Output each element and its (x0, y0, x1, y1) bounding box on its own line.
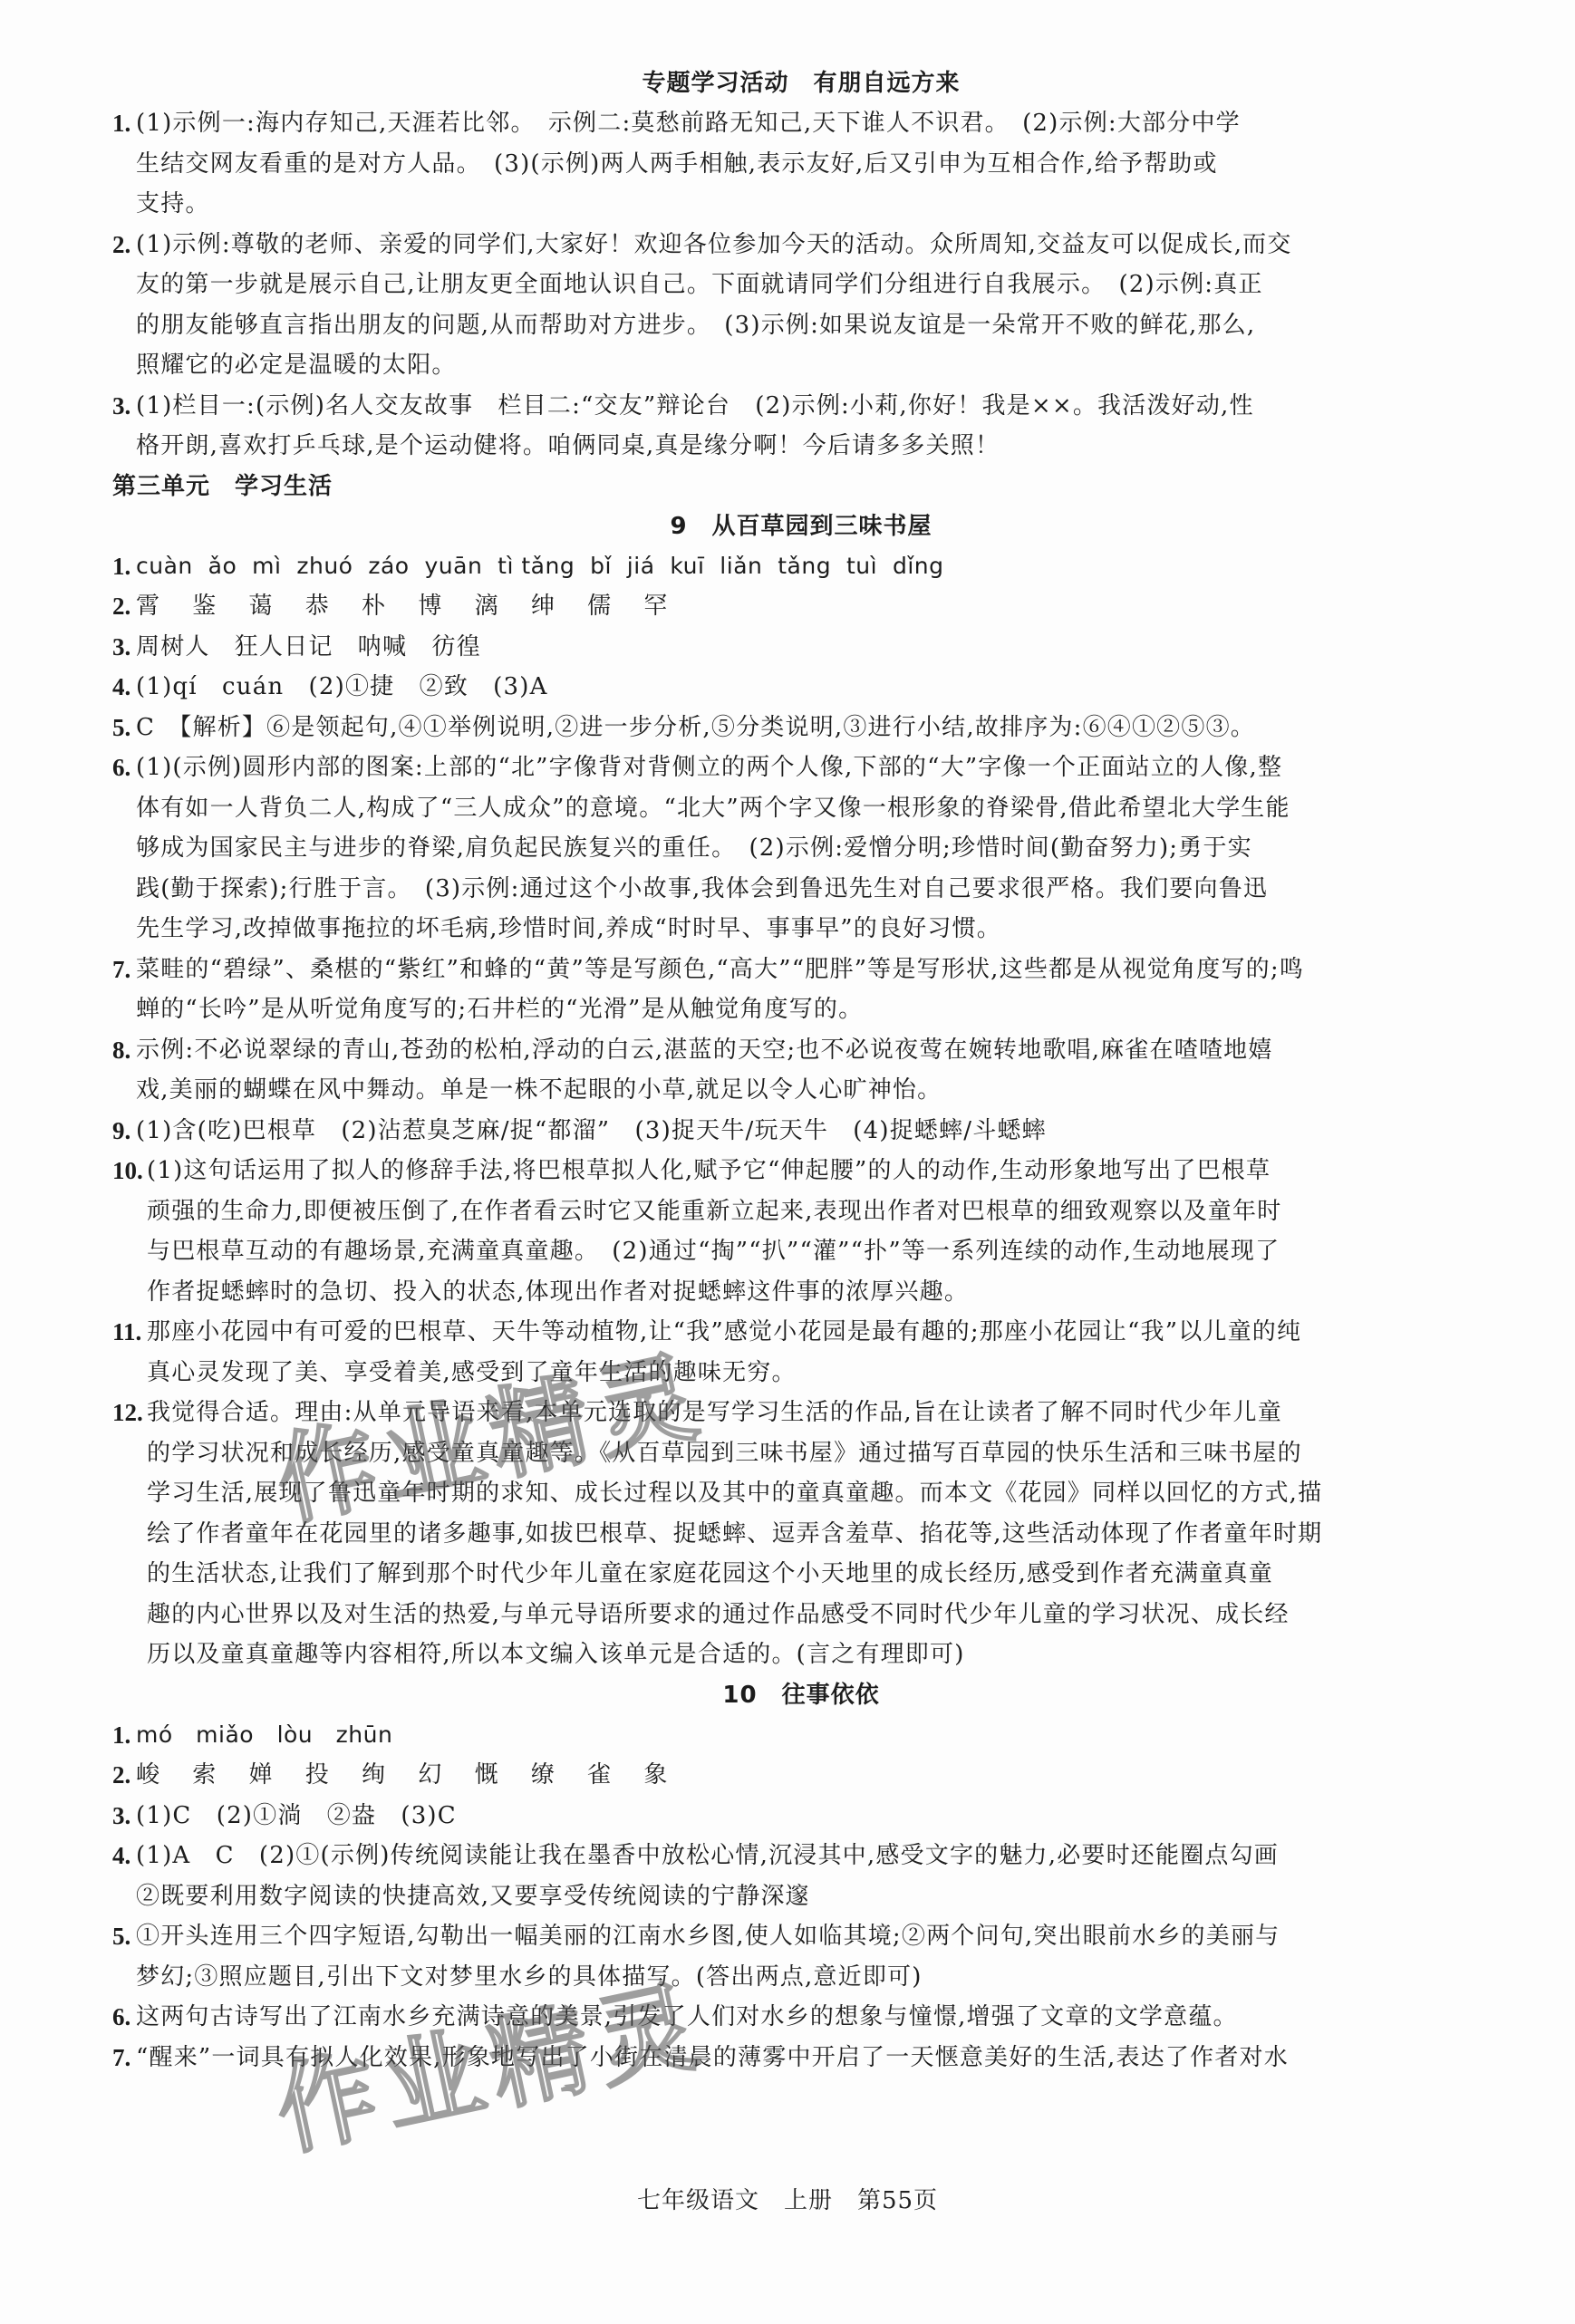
question-number: 6. (112, 1997, 130, 2038)
answer-line: (1)含(吃)巴根草 (2)沾惹臭芝麻/捉“都溜” (3)捉天牛/玩天牛 (4)… (136, 1111, 1490, 1152)
question-number: 3. (112, 386, 130, 427)
answer-line: “醒来”一词具有拟人化效果,形象地写出了小街在清晨的薄雾中开启了一天惬意美好的生… (136, 2038, 1490, 2078)
answer-line: 的朋友能够直言指出朋友的问题,从而帮助对方进步。 (3)示例:如果说友谊是一朵常… (136, 305, 1490, 346)
question-number: 7. (112, 950, 130, 990)
question-number: 2. (112, 586, 130, 627)
answer-line: 与巴根草互动的有趣场景,充满童真童趣。 (2)通过“掏”“扒”“灌”“扑”等一系… (147, 1231, 1490, 1272)
answer-line: ①开头连用三个四字短语,勾勒出一幅美丽的江南水乡图,使人如临其境;②两个问句,突… (136, 1916, 1490, 1957)
answer-line: (1)示例一:海内存知己,天涯若比邻。 示例二:莫愁前路无知己,天下谁人不识君。… (136, 103, 1490, 144)
answer-line: 绘了作者童年在花园里的诸多趣事,如拔巴根草、捉蟋蟀、逗弄含羞草、掐花等,这些活动… (147, 1514, 1490, 1555)
answer-item: 5.①开头连用三个四字短语,勾勒出一幅美丽的江南水乡图,使人如临其境;②两个问句… (112, 1916, 1490, 1997)
answer-line: 梦幻;③照应题目,引出下文对梦里水乡的具体描写。(答出两点,意近即可) (136, 1957, 1490, 1998)
answer-line: (1)这句话运用了拟人的修辞手法,将巴根草拟人化,赋予它“伸起腰”的人的动作,生… (147, 1151, 1490, 1191)
answer-line: 戏,美丽的蝴蝶在风中舞动。单是一株不起眼的小草,就足以令人心旷神怡。 (136, 1070, 1490, 1111)
answer-item: 1.mó miǎo lòu zhūn (112, 1715, 1490, 1756)
answer-line: 格开朗,喜欢打乒乓球,是个运动健将。咱俩同桌,真是缘分啊！今后请多多关照！ (136, 426, 1490, 467)
answer-item: 6.(1)(示例)圆形内部的图案:上部的“北”字像背对背侧立的两个人像,下部的“… (112, 747, 1490, 950)
question-number: 12. (112, 1393, 143, 1433)
answer-line: 峻 索 婵 投 绚 幻 慨 缭 雀 象 (136, 1755, 1490, 1796)
answer-line: 真心灵发现了美、享受着美,感受到了童年生活的趣味无穷。 (147, 1353, 1490, 1393)
answer-item: 2.(1)示例:尊敬的老师、亲爱的同学们,大家好！欢迎各位参加今天的活动。众所周… (112, 225, 1490, 386)
answer-item: 1.cuàn ǎo mì zhuó záo yuān tì tǎng bǐ ji… (112, 546, 1490, 587)
question-number: 5. (112, 708, 130, 748)
question-number: 7. (112, 2038, 130, 2078)
answer-line: (1)A C (2)①(示例)传统阅读能让我在墨香中放松心情,沉浸其中,感受文字… (136, 1836, 1490, 1876)
question-number: 5. (112, 1916, 130, 1957)
answer-line: 霄 鉴 蔼 恭 朴 博 漓 绅 儒 罕 (136, 586, 1490, 627)
answer-line: 的生活状态,让我们了解到那个时代少年儿童在家庭花园这个小天地里的成长经历,感受到… (147, 1554, 1490, 1595)
lesson-9-answers: 1.cuàn ǎo mì zhuó záo yuān tì tǎng bǐ ji… (112, 546, 1490, 1675)
answer-line: (1)(示例)圆形内部的图案:上部的“北”字像背对背侧立的两个人像,下部的“大”… (136, 747, 1490, 788)
question-number: 4. (112, 667, 130, 708)
answer-line: 那座小花园中有可爱的巴根草、天牛等动植物,让“我”感觉小花园是最有趣的;那座小花… (147, 1312, 1490, 1353)
answer-page: 专题学习活动 有朋自远方来 1.(1)示例一:海内存知己,天涯若比邻。 示例二:… (112, 63, 1490, 2078)
question-number: 10. (112, 1151, 143, 1191)
answer-item: 3.(1)栏目一:(示例)名人交友故事 栏目二:“交友”辩论台 (2)示例:小莉… (112, 386, 1490, 467)
answer-item: 11.那座小花园中有可爱的巴根草、天牛等动植物,让“我”感觉小花园是最有趣的;那… (112, 1312, 1490, 1393)
question-number: 8. (112, 1030, 130, 1071)
lesson-10-title: 10 往事依依 (112, 1675, 1490, 1715)
answer-line: 的学习状况和成长经历,感受童真童趣等。《从百草园到三味书屋》通过描写百草园的快乐… (147, 1433, 1490, 1474)
answer-line: 支持。 (136, 184, 1490, 225)
question-number: 3. (112, 627, 130, 668)
answer-item: 9.(1)含(吃)巴根草 (2)沾惹臭芝麻/捉“都溜” (3)捉天牛/玩天牛 (… (112, 1111, 1490, 1152)
question-number: 6. (112, 747, 130, 788)
answer-line: 作者捉蟋蟀时的急切、投入的状态,体现出作者对捉蟋蟀这件事的浓厚兴趣。 (147, 1272, 1490, 1313)
question-number: 1. (112, 103, 130, 144)
answer-line: 照耀它的必定是温暖的太阳。 (136, 345, 1490, 386)
answer-item: 3.周树人 狂人日记 呐喊 彷徨 (112, 627, 1490, 668)
answer-line: 这两句古诗写出了江南水乡充满诗意的美景,引发了人们对水乡的想象与憧憬,增强了文章… (136, 1997, 1490, 2038)
answer-line: 学习生活,展现了鲁迅童年时期的求知、成长过程以及其中的童真童趣。而本文《花园》同… (147, 1473, 1490, 1514)
answer-item: 4.(1)qí cuán (2)①捷 ②致 (3)A (112, 667, 1490, 708)
answer-item: 8.示例:不必说翠绿的青山,苍劲的松柏,浮动的白云,湛蓝的天空;也不必说夜莺在婉… (112, 1030, 1490, 1111)
activity-answers: 1.(1)示例一:海内存知己,天涯若比邻。 示例二:莫愁前路无知己,天下谁人不识… (112, 103, 1490, 467)
answer-item: 12.我觉得合适。理由:从单元导语来看,本单元选取的是写学习生活的作品,旨在让读… (112, 1393, 1490, 1675)
lesson-10-answers: 1.mó miǎo lòu zhūn2.峻 索 婵 投 绚 幻 慨 缭 雀 象3… (112, 1715, 1490, 2078)
answer-item: 7.“醒来”一词具有拟人化效果,形象地写出了小街在清晨的薄雾中开启了一天惬意美好… (112, 2038, 1490, 2078)
answer-line: (1)C (2)①淌 ②盎 (3)C (136, 1796, 1490, 1837)
question-number: 2. (112, 225, 130, 265)
answer-item: 2.峻 索 婵 投 绚 幻 慨 缭 雀 象 (112, 1755, 1490, 1796)
page-footer: 七年级语文 上册 第55页 (0, 2182, 1575, 2215)
answer-item: 4.(1)A C (2)①(示例)传统阅读能让我在墨香中放松心情,沉浸其中,感受… (112, 1836, 1490, 1916)
answer-line: 践(勤于探索);行胜于言。 (3)示例:通过这个小故事,我体会到鲁迅先生对自己要… (136, 869, 1490, 910)
answer-item: 6.这两句古诗写出了江南水乡充满诗意的美景,引发了人们对水乡的想象与憧憬,增强了… (112, 1997, 1490, 2038)
answer-line: 示例:不必说翠绿的青山,苍劲的松柏,浮动的白云,湛蓝的天空;也不必说夜莺在婉转地… (136, 1030, 1490, 1071)
answer-item: 3.(1)C (2)①淌 ②盎 (3)C (112, 1796, 1490, 1837)
answer-item: 1.(1)示例一:海内存知己,天涯若比邻。 示例二:莫愁前路无知己,天下谁人不识… (112, 103, 1490, 225)
lesson-9-title: 9 从百草园到三味书屋 (112, 506, 1490, 546)
answer-line: ②既要利用数字阅读的快捷高效,又要享受传统阅读的宁静深邃 (136, 1876, 1490, 1917)
answer-line: cuàn ǎo mì zhuó záo yuān tì tǎng bǐ jiá … (136, 546, 1490, 587)
answer-line: 菜畦的“碧绿”、桑椹的“紫红”和蜂的“黄”等是写颜色,“高大”“肥胖”等是写形状… (136, 950, 1490, 990)
answer-item: 7.菜畦的“碧绿”、桑椹的“紫红”和蜂的“黄”等是写颜色,“高大”“肥胖”等是写… (112, 950, 1490, 1030)
answer-line: 生结交网友看重的是对方人品。 (3)(示例)两人两手相触,表示友好,后又引申为互… (136, 144, 1490, 185)
answer-line: (1)栏目一:(示例)名人交友故事 栏目二:“交友”辩论台 (2)示例:小莉,你… (136, 386, 1490, 427)
answer-line: 周树人 狂人日记 呐喊 彷徨 (136, 627, 1490, 668)
answer-line: 顽强的生命力,即便被压倒了,在作者看云时它又能重新立起来,表现出作者对巴根草的细… (147, 1191, 1490, 1232)
answer-line: 先生学习,改掉做事拖拉的坏毛病,珍惜时间,养成“时时早、事事早”的良好习惯。 (136, 909, 1490, 950)
answer-item: 10.(1)这句话运用了拟人的修辞手法,将巴根草拟人化,赋予它“伸起腰”的人的动… (112, 1151, 1490, 1312)
answer-line: 趣的内心世界以及对生活的热爱,与单元导语所要求的通过作品感受不同时代少年儿童的学… (147, 1595, 1490, 1635)
question-number: 4. (112, 1836, 130, 1876)
answer-line: mó miǎo lòu zhūn (136, 1715, 1490, 1756)
question-number: 2. (112, 1755, 130, 1796)
question-number: 1. (112, 1715, 130, 1756)
answer-line: (1)示例:尊敬的老师、亲爱的同学们,大家好！欢迎各位参加今天的活动。众所周知,… (136, 225, 1490, 265)
answer-line: C 【解析】⑥是领起句,④①举例说明,②进一步分析,⑤分类说明,③进行小结,故排… (136, 708, 1490, 748)
answer-item: 5.C 【解析】⑥是领起句,④①举例说明,②进一步分析,⑤分类说明,③进行小结,… (112, 708, 1490, 748)
answer-line: 友的第一步就是展示自己,让朋友更全面地认识自己。下面就请同学们分组进行自我展示。… (136, 265, 1490, 305)
answer-line: 我觉得合适。理由:从单元导语来看,本单元选取的是写学习生活的作品,旨在让读者了解… (147, 1393, 1490, 1433)
answer-line: 够成为国家民主与进步的脊梁,肩负起民族复兴的重任。 (2)示例:爱憎分明;珍惜时… (136, 828, 1490, 869)
question-number: 3. (112, 1796, 130, 1837)
answer-line: 蝉的“长吟”是从听觉角度写的;石井栏的“光滑”是从触觉角度写的。 (136, 989, 1490, 1030)
section-title-activity: 专题学习活动 有朋自远方来 (112, 63, 1490, 103)
answer-line: (1)qí cuán (2)①捷 ②致 (3)A (136, 667, 1490, 708)
answer-item: 2.霄 鉴 蔼 恭 朴 博 漓 绅 儒 罕 (112, 586, 1490, 627)
answer-line: 体有如一人背负二人,构成了“三人成众”的意境。“北大”两个字又像一根形象的脊梁骨… (136, 788, 1490, 829)
question-number: 9. (112, 1111, 130, 1152)
question-number: 1. (112, 546, 130, 587)
unit-title: 第三单元 学习生活 (112, 467, 1490, 506)
answer-line: 历以及童真童趣等内容相符,所以本文编入该单元是合适的。(言之有理即可) (147, 1635, 1490, 1675)
question-number: 11. (112, 1312, 141, 1353)
